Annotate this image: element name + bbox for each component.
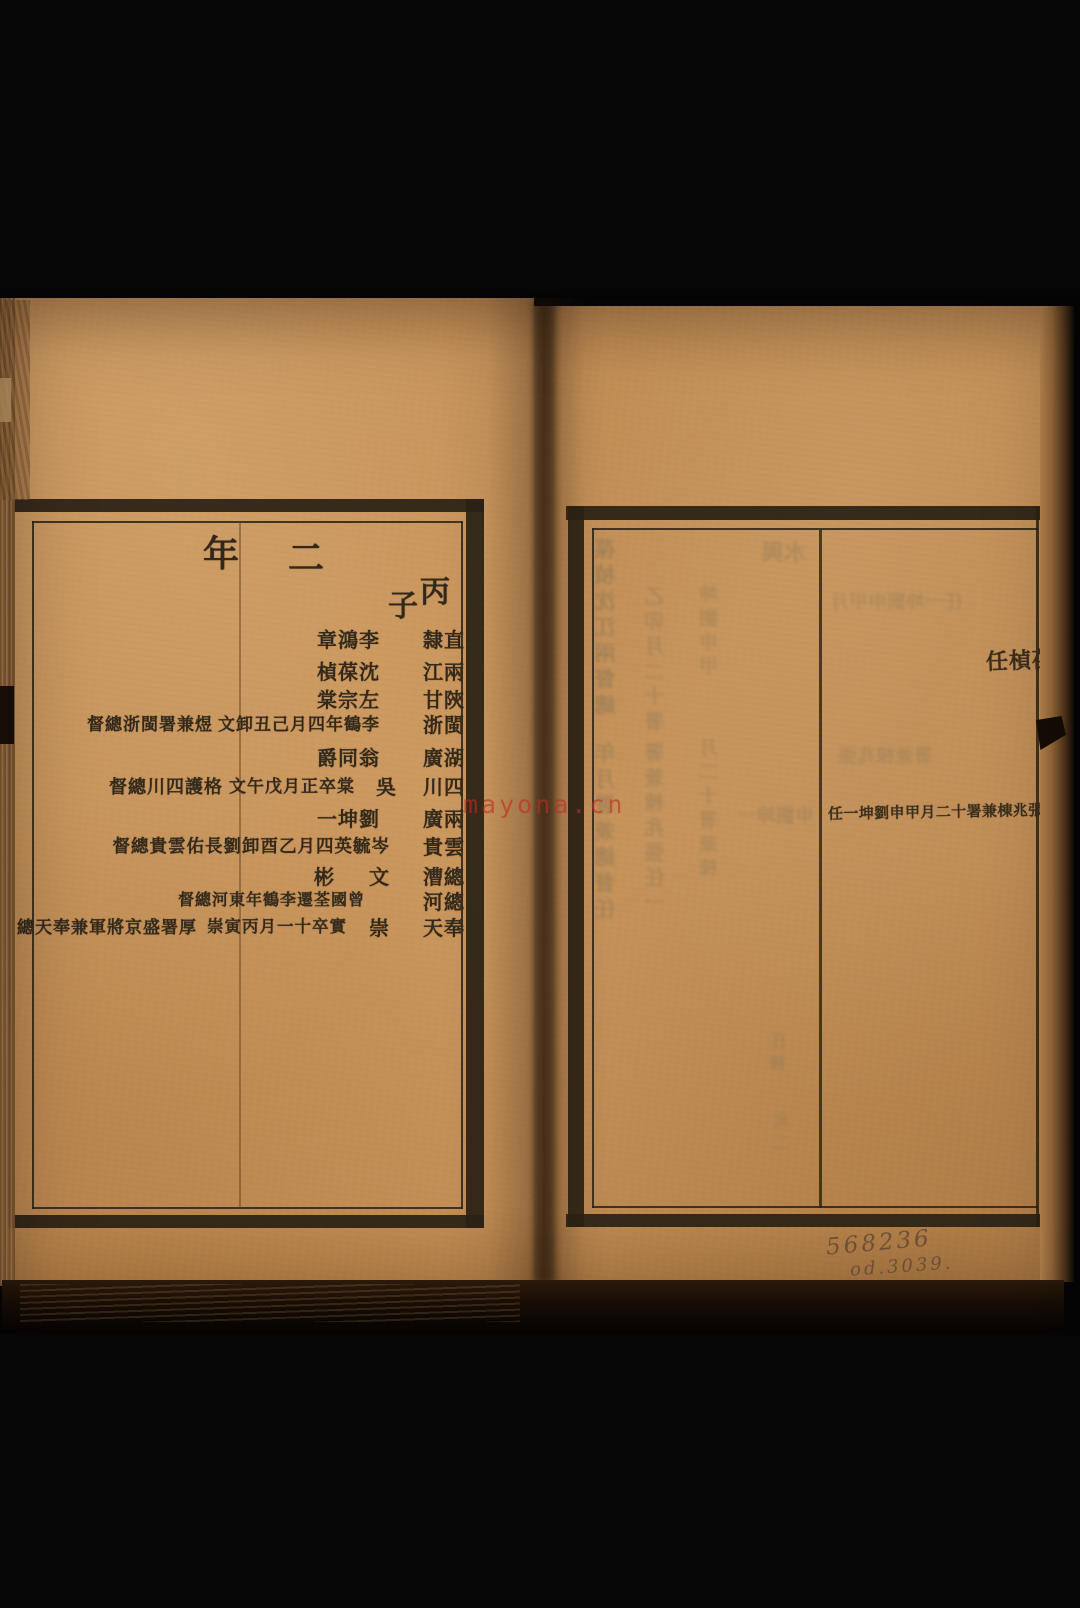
bleedthrough-fragment: 署兼棟兆張 bbox=[838, 746, 933, 768]
table-row: 一坤劉廣兩 bbox=[10, 808, 465, 832]
left-edge-dark-wedge bbox=[0, 686, 14, 744]
leaf-fold-line bbox=[239, 521, 241, 1209]
right-frame-inner-bottom bbox=[592, 1206, 1038, 1208]
table-cell: 廣兩 bbox=[423, 808, 465, 833]
left-frame-right-thick bbox=[466, 499, 484, 1228]
bleedthrough-fragment: 任棟 bbox=[770, 1032, 790, 1076]
left-frame-top-thick bbox=[8, 499, 484, 512]
table-cell: 廣湖 bbox=[423, 747, 465, 772]
table-cell: 章鴻李 bbox=[317, 629, 380, 654]
bleedthrough-fragment: 兆二 bbox=[774, 1112, 794, 1156]
table-cell: 棠宗左 bbox=[317, 689, 380, 714]
left-frame-inner-top bbox=[32, 521, 463, 523]
right-frame-inner-top bbox=[592, 528, 1038, 530]
watermark: mayona.cn bbox=[463, 790, 625, 819]
table-cell: 督總川四護格 bbox=[109, 776, 223, 799]
bleedthrough-fragment: 坤劉申甲 bbox=[700, 584, 722, 680]
right-frame-right-rule bbox=[1036, 506, 1039, 1227]
table-cell: 總天奉兼軍將京盛署厚 bbox=[17, 917, 197, 938]
table-cell: 文午戊月正卒棠 bbox=[229, 776, 355, 797]
table-row: 督總貴雲佑長劉卸酉乙月四英毓岑貴雲 bbox=[10, 836, 465, 860]
left-frame-inner-right bbox=[461, 521, 463, 1209]
bleedthrough-fragment: 水與 bbox=[762, 540, 806, 565]
bleedthrough-fragment: 葆楨沈江兩督總 bbox=[594, 538, 618, 720]
year-header-char-left: 年 bbox=[203, 536, 239, 572]
table-cell: 爵同翁 bbox=[317, 747, 380, 772]
table-cell: 文卸丑己月四年鶴李 bbox=[218, 714, 380, 735]
bleedthrough-fragment: 年月署兼總督任 bbox=[594, 742, 618, 924]
table-cell: 督總貴雲佑長劉卸酉乙月四英毓岑 bbox=[113, 836, 391, 858]
table-cell: 隸直 bbox=[423, 629, 465, 654]
table-cell: 川四 bbox=[423, 776, 465, 801]
table-cell: 吳 bbox=[376, 776, 397, 801]
table-row: 楨葆沈江兩 bbox=[10, 661, 465, 685]
table-cell: 河總 bbox=[423, 891, 465, 916]
bleedthrough-fragment: 乙卯月二十署 bbox=[646, 586, 669, 736]
table-cell: 貴雲 bbox=[423, 836, 465, 861]
bleedthrough-fragment: 任一坤劉申甲月 bbox=[830, 592, 963, 614]
table-row: 總天奉兼軍將京盛署厚崇寅丙月一十卒實崇天奉 bbox=[10, 917, 465, 941]
table-cell: 崇 bbox=[369, 917, 390, 942]
table-cell: 天奉 bbox=[423, 917, 465, 942]
table-cell: 崇寅丙月一十卒實 bbox=[207, 917, 347, 938]
book-photograph: 年 二 丙 子 章鴻李隸直楨葆沈江兩棠宗左甘陝督總浙閩署兼煜文卸丑己月四年鶴李浙… bbox=[0, 0, 1080, 1608]
table-cell: 督總浙閩署兼煜 bbox=[87, 714, 213, 735]
bleedthrough-fragment: 署兼棟兆張任一 bbox=[646, 742, 669, 917]
ganzhi-char-left: 子 bbox=[388, 592, 418, 622]
table-cell: 漕總 bbox=[423, 866, 465, 891]
table-cell: 江兩 bbox=[423, 661, 465, 686]
left-frame-bottom-thick bbox=[8, 1215, 484, 1228]
table-cell: 文 bbox=[369, 866, 390, 891]
table-row: 督總河東年鶴李遷荃國曾河總 bbox=[10, 891, 465, 915]
right-frame-left-thick bbox=[568, 506, 584, 1227]
table-cell: 一坤劉 bbox=[317, 808, 380, 833]
table-row: 督總川四護格文午戊月正卒棠吳川四 bbox=[10, 776, 465, 800]
bottom-page-edge-streaks bbox=[20, 1284, 520, 1322]
bleedthrough-fragment: 申劉坤一 bbox=[738, 806, 814, 828]
table-cell: 楨葆沈 bbox=[317, 661, 380, 686]
table-row: 督總浙閩署兼煜文卸丑己月四年鶴李浙閩 bbox=[10, 714, 465, 738]
year-header-char-right: 二 bbox=[288, 540, 324, 576]
table-row: 章鴻李隸直 bbox=[10, 629, 465, 653]
table-cell: 甘陝 bbox=[423, 689, 465, 714]
table-row: 棠宗左甘陝 bbox=[10, 689, 465, 713]
left-frame-inner-bottom bbox=[32, 1207, 463, 1209]
fore-edge bbox=[1040, 306, 1074, 1282]
table-row: 彬文漕總 bbox=[10, 866, 465, 890]
table-cell: 浙閩 bbox=[423, 714, 465, 739]
left-frame-inner-left bbox=[32, 521, 34, 1209]
table-row: 爵同翁廣湖 bbox=[10, 747, 465, 771]
table-cell: 彬 bbox=[314, 866, 335, 891]
right-page-column-divider bbox=[819, 530, 822, 1208]
left-edge-light-notch bbox=[0, 378, 11, 422]
bleedthrough-fragment: 月二十署兼棟 bbox=[700, 738, 722, 882]
right-frame-bottom-thick bbox=[566, 1214, 1040, 1227]
right-frame-top-thick bbox=[566, 506, 1040, 520]
table-cell: 督總河東年鶴李遷荃國曾 bbox=[178, 891, 365, 911]
ganzhi-char-right: 丙 bbox=[420, 578, 450, 608]
